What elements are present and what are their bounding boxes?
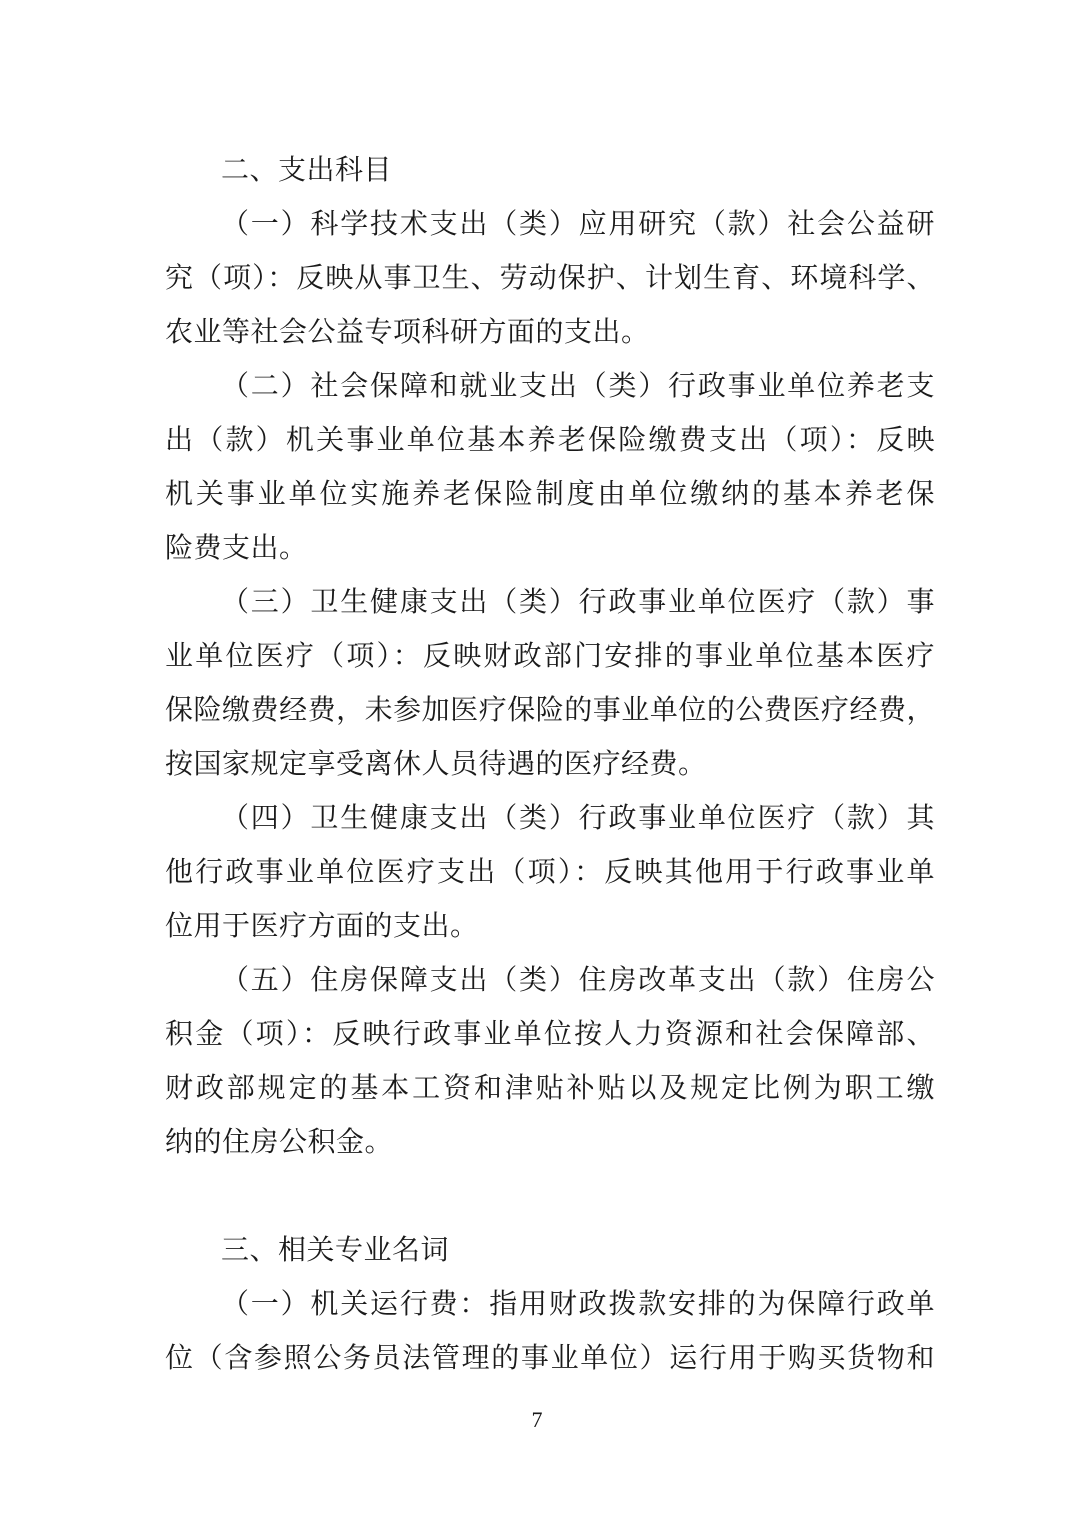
document-body: 二、支出科目 （一）科学技术支出（类）应用研究（款）社会公益研 究（项）：反映从… xyxy=(165,144,935,1386)
text-line: 险费支出。 xyxy=(165,522,935,576)
text-line: 纳的住房公积金。 xyxy=(165,1116,935,1170)
page-number: 7 xyxy=(0,1402,1074,1438)
text-line: 保险缴费经费，未参加医疗保险的事业单位的公费医疗经费， xyxy=(165,684,935,738)
document-page: 二、支出科目 （一）科学技术支出（类）应用研究（款）社会公益研 究（项）：反映从… xyxy=(0,0,1074,1520)
text-line: （一）科学技术支出（类）应用研究（款）社会公益研 xyxy=(165,198,935,252)
text-line: （五）住房保障支出（类）住房改革支出（款）住房公 xyxy=(165,954,935,1008)
text-line: 出（款）机关事业单位基本养老保险缴费支出（项）：反映 xyxy=(165,414,935,468)
section-heading-expenditure: 二、支出科目 xyxy=(165,144,935,198)
text-line: 业单位医疗（项）：反映财政部门安排的事业单位基本医疗 xyxy=(165,630,935,684)
text-line: 机关事业单位实施养老保险制度由单位缴纳的基本养老保 xyxy=(165,468,935,522)
blank-line xyxy=(165,1170,935,1224)
text-line: （三）卫生健康支出（类）行政事业单位医疗（款）事 xyxy=(165,576,935,630)
text-line: 位用于医疗方面的支出。 xyxy=(165,900,935,954)
text-line: 积金（项）：反映行政事业单位按人力资源和社会保障部、 xyxy=(165,1008,935,1062)
text-line: 究（项）：反映从事卫生、劳动保护、计划生育、环境科学、 xyxy=(165,252,935,306)
text-line: 农业等社会公益专项科研方面的支出。 xyxy=(165,306,935,360)
text-line: （四）卫生健康支出（类）行政事业单位医疗（款）其 xyxy=(165,792,935,846)
text-line: 他行政事业单位医疗支出（项）：反映其他用于行政事业单 xyxy=(165,846,935,900)
text-line: 财政部规定的基本工资和津贴补贴以及规定比例为职工缴 xyxy=(165,1062,935,1116)
text-line: 位（含参照公务员法管理的事业单位）运行用于购买货物和 xyxy=(165,1332,935,1386)
text-line: （一）机关运行费：指用财政拨款安排的为保障行政单 xyxy=(165,1278,935,1332)
text-line: （二）社会保障和就业支出（类）行政事业单位养老支 xyxy=(165,360,935,414)
text-line: 按国家规定享受离休人员待遇的医疗经费。 xyxy=(165,738,935,792)
section-heading-terms: 三、相关专业名词 xyxy=(165,1224,935,1278)
